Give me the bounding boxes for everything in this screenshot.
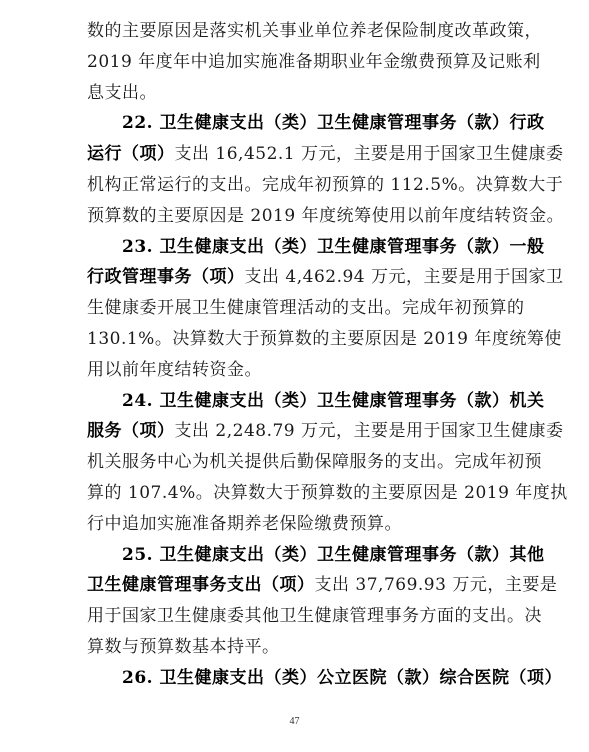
text-line: 算的 107.4%。决算数大于预算数的主要原因是 2019 年度执 [87, 478, 503, 509]
heading-continuation: 服务（项） [87, 421, 175, 441]
body-text: 支出 4,462.94 万元，主要是用于国家卫 [245, 267, 564, 287]
section-heading-23: 23. 卫生健康支出（类）卫生健康管理事务（款）一般 [87, 232, 503, 263]
document-page: 数的主要原因是落实机关事业单位养老保险制度改革政策， 2019 年度年中追加实施… [87, 16, 503, 694]
section-heading-24: 24. 卫生健康支出（类）卫生健康管理事务（款）机关 [87, 386, 503, 417]
text-line: 数的主要原因是落实机关事业单位养老保险制度改革政策， [87, 16, 503, 47]
text-line: 算数与预算数基本持平。 [87, 632, 503, 663]
text-line: 运行（项）支出 16,452.1 万元，主要是用于国家卫生健康委 [87, 139, 503, 170]
text-line: 用于国家卫生健康委其他卫生健康管理事务方面的支出。决 [87, 601, 503, 632]
text-line: 机构正常运行的支出。完成年初预算的 112.5%。决算数大于 [87, 170, 503, 201]
body-text: 支出 16,452.1 万元，主要是用于国家卫生健康委 [175, 144, 564, 164]
body-text: 支出 2,248.79 万元，主要是用于国家卫生健康委 [175, 421, 564, 441]
section-heading-22: 22. 卫生健康支出（类）卫生健康管理事务（款）行政 [87, 108, 503, 139]
section-heading-26: 26. 卫生健康支出（类）公立医院（款）综合医院（项） [87, 663, 503, 694]
heading-continuation: 运行（项） [87, 144, 175, 164]
text-line: 机关服务中心为机关提供后勤保障服务的支出。完成年初预 [87, 447, 503, 478]
text-line: 生健康委开展卫生健康管理活动的支出。完成年初预算的 [87, 293, 503, 324]
section-heading-25: 25. 卫生健康支出（类）卫生健康管理事务（款）其他 [87, 540, 503, 571]
text-line: 2019 年度年中追加实施准备期职业年金缴费预算及记账利 [87, 47, 503, 78]
text-line: 行中追加实施准备期养老保险缴费预算。 [87, 509, 503, 540]
text-line: 行政管理事务（项）支出 4,462.94 万元，主要是用于国家卫 [87, 262, 503, 293]
heading-continuation: 行政管理事务（项） [87, 267, 245, 287]
body-text: 支出 37,769.93 万元，主要是 [315, 575, 558, 595]
text-line: 用以前年度结转资金。 [87, 355, 503, 386]
text-line: 预算数的主要原因是 2019 年度统筹使用以前年度结转资金。 [87, 201, 503, 232]
heading-continuation: 卫生健康管理事务支出（项） [87, 575, 315, 595]
text-line: 息支出。 [87, 78, 503, 109]
page-number: 47 [0, 716, 589, 727]
text-line: 服务（项）支出 2,248.79 万元，主要是用于国家卫生健康委 [87, 416, 503, 447]
text-line: 130.1%。决算数大于预算数的主要原因是 2019 年度统筹使 [87, 324, 503, 355]
text-line: 卫生健康管理事务支出（项）支出 37,769.93 万元，主要是 [87, 570, 503, 601]
